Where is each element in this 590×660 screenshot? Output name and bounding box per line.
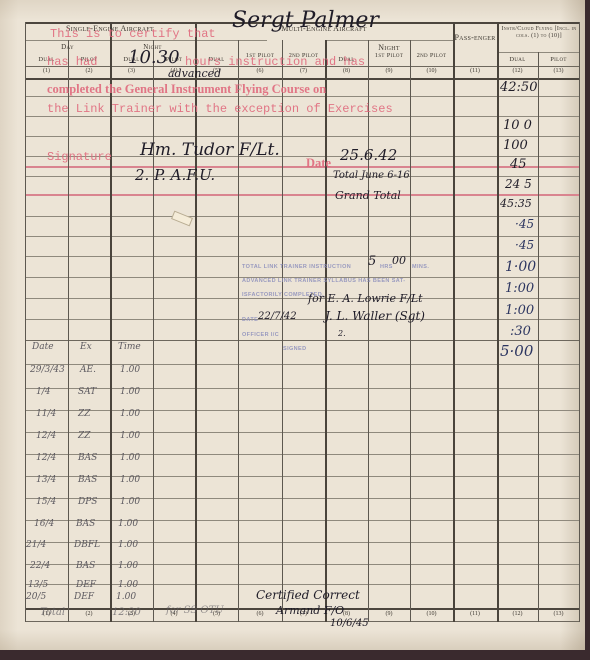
link-log-ex: BAS xyxy=(76,519,95,529)
footer-col-num-10: (10) xyxy=(410,611,453,617)
link-log-header-date: Date xyxy=(32,342,54,352)
instr-value: 45:35 xyxy=(500,197,532,210)
col-num-12: (12) xyxy=(497,68,538,74)
link-log-note: for SS OTU xyxy=(166,605,224,616)
col-border xyxy=(579,22,580,622)
link-log-ex: ZZ xyxy=(78,409,91,419)
link-log-total-label: Total xyxy=(40,607,65,618)
cert-line-2a: has had xyxy=(47,55,97,69)
link-log-time: 1.00 xyxy=(116,592,136,602)
link-log-ex: AE. xyxy=(80,365,96,375)
footer-col-num-2: (2) xyxy=(68,611,110,617)
instr-value: 1:00 xyxy=(505,281,534,296)
instr-value: 10 0 xyxy=(503,118,532,133)
adv-stamp-date: 22/7/42 xyxy=(258,311,297,322)
col-border xyxy=(282,40,283,622)
cert-line-4: the Link Trainer with the exception of E… xyxy=(47,102,393,116)
link-log-time: 1.00 xyxy=(120,431,140,441)
cert-signature-label: Signature xyxy=(47,150,112,164)
adv-stamp-officer-for: for E. A. Lowrie F/Lt xyxy=(308,292,423,305)
link-log-time: 1.00 xyxy=(120,365,140,375)
adv-stamp-line-2: ADVANCED LINK TRAINER SYLLABUS HAS BEEN … xyxy=(242,278,405,284)
col-border xyxy=(410,40,411,622)
link-log-ex: DEF xyxy=(76,580,96,590)
footer-col-num-12: (12) xyxy=(497,611,538,617)
footer-col-num-9: (9) xyxy=(368,611,410,617)
col-num-9: (9) xyxy=(368,68,410,74)
cert-line-3: completed the General Instrument Flying … xyxy=(47,82,326,97)
link-log-time: 1.00 xyxy=(120,497,140,507)
link-log-date: 20/5 xyxy=(26,592,46,602)
adv-stamp-hrs-label: HRS xyxy=(380,264,393,270)
link-log-time: 1.00 xyxy=(120,409,140,419)
cert-line-1: This is to certify that xyxy=(50,27,216,41)
col-border xyxy=(368,40,369,622)
link-log-ex: BAS xyxy=(78,453,97,463)
link-log-time: 1.00 xyxy=(118,561,138,571)
certified-signature: Armand F/O xyxy=(276,604,344,617)
grand-total: Grand Total xyxy=(335,189,401,202)
certified-date: 10/6/45 xyxy=(330,618,369,629)
cert-signature: Hm. Tudor F/Lt. xyxy=(140,140,280,160)
adv-stamp-line-1: TOTAL LINK TRAINER INSTRUCTION xyxy=(242,264,351,270)
cert-date-label: Date xyxy=(306,156,331,171)
instr-value: 1:00 xyxy=(505,303,534,318)
col-num-3: (3) xyxy=(110,68,153,74)
link-log-date: 22/4 xyxy=(30,561,50,571)
instr-value: 100 xyxy=(503,138,528,153)
adv-stamp-date-label: DATE xyxy=(242,317,258,323)
link-log-date: 13/4 xyxy=(36,475,56,485)
link-log-ex: BAS xyxy=(76,561,95,571)
total-june: Total June 6-16 xyxy=(333,170,410,181)
cert-inserted-word: advanced xyxy=(168,67,221,80)
link-log-ex: DPS xyxy=(78,497,97,507)
header-passenger: Pass-enger xyxy=(453,34,497,41)
col-border xyxy=(25,22,26,622)
col-border xyxy=(238,40,239,622)
link-log-ex: BAS xyxy=(78,475,97,485)
certified-correct: Certified Correct xyxy=(256,588,360,602)
instr-value: 45 xyxy=(510,157,527,172)
instr-value: 24 5 xyxy=(505,177,532,191)
link-log-date: 15/4 xyxy=(36,497,56,507)
footer-col-num-13: (13) xyxy=(538,611,579,617)
instr-value: 42:50 xyxy=(500,80,537,95)
link-log-ex: DBFL xyxy=(74,540,100,550)
link-log-total-value: 12:20 xyxy=(112,607,141,618)
instr-value: 1·00 xyxy=(505,259,536,275)
link-log-ex: SAT xyxy=(78,387,96,397)
link-log-date: 21/4 xyxy=(26,540,46,550)
logbook-page: Single-Engine Aircraft Multi-Engine Airc… xyxy=(0,0,585,650)
header-divider-night xyxy=(325,40,455,41)
link-log-time: 1.00 xyxy=(118,540,138,550)
link-log-ex: DEF xyxy=(74,592,94,602)
link-log-date: 29/3/43 xyxy=(30,365,65,375)
link-log-date: 1/4 xyxy=(36,387,50,397)
col-label-10: 2nd Pilot xyxy=(410,52,453,59)
link-log-date: 11/4 xyxy=(36,409,56,419)
cert-name: Sergt Palmer xyxy=(232,8,379,33)
header-instr-cloud: Instr/Cloud Flying [Incl. in cols. (1) t… xyxy=(499,26,579,39)
cert-date: 25.6.42 xyxy=(340,146,397,164)
col-label-12: Dual xyxy=(497,56,538,63)
col-num-11: (11) xyxy=(453,68,497,74)
col-border xyxy=(68,40,69,622)
link-log-date: 16/4 xyxy=(34,519,54,529)
link-log-time: 1.00 xyxy=(118,580,138,590)
link-log-time: 1.00 xyxy=(120,475,140,485)
link-log-time: 1.00 xyxy=(120,387,140,397)
adv-stamp-mark: 2. xyxy=(338,329,346,338)
link-log-date: 13/5 xyxy=(28,580,48,590)
col-num-10: (10) xyxy=(410,68,453,74)
col-border xyxy=(453,22,455,622)
col-border xyxy=(497,22,499,622)
col-border xyxy=(153,40,154,622)
adv-stamp-hours: 5 xyxy=(368,254,376,269)
instr-value: ·45 xyxy=(515,238,534,252)
link-log-date: 12/4 xyxy=(36,431,56,441)
cert-hours: 10.30 xyxy=(128,47,180,68)
adv-stamp-mins-label: MINS. xyxy=(412,264,429,270)
header-night-me: Night xyxy=(325,44,453,51)
adv-stamp-signed-label: SIGNED xyxy=(283,346,307,352)
adv-stamp-mins: 00 xyxy=(392,254,406,267)
col-border xyxy=(325,40,327,622)
col-border xyxy=(538,52,539,622)
col-label-9: 1st Pilot xyxy=(368,52,410,59)
link-log-time: 1.00 xyxy=(118,519,138,529)
cert-unit: 2. P. A.F.U. xyxy=(135,166,215,184)
col-label-13: Pilot xyxy=(538,56,579,63)
adv-stamp-instructor: J. L. Waller (Sgt) xyxy=(325,309,425,323)
link-log-time: 1.00 xyxy=(120,453,140,463)
link-log-ex: ZZ xyxy=(78,431,91,441)
col-num-13: (13) xyxy=(538,68,579,74)
header-day: Day xyxy=(25,44,110,51)
instr-value: ·45 xyxy=(515,217,534,231)
adv-stamp-officer-label: OFFICER I/C xyxy=(242,332,279,338)
footer-col-num-11: (11) xyxy=(453,611,497,617)
link-log-date: 12/4 xyxy=(36,453,56,463)
instr-value: 5·00 xyxy=(500,342,533,360)
instr-value: :30 xyxy=(510,324,531,339)
link-log-header-time: Time xyxy=(118,342,141,352)
link-log-header-ex: Ex xyxy=(80,342,92,352)
